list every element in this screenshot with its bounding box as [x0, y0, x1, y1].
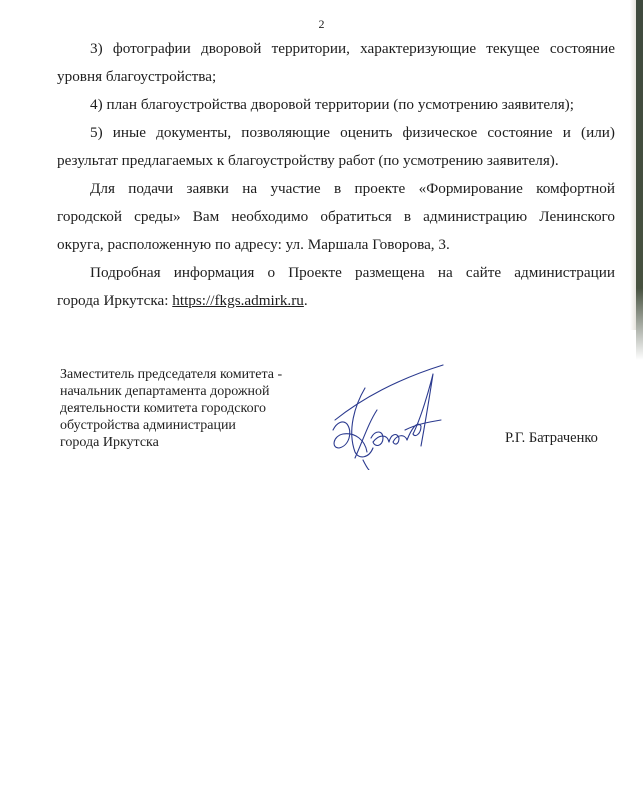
list-item-5: 5) иные документы, позволяющие оценить ф… [57, 119, 615, 175]
text-line: 4) план благоустройства дворовой террито… [57, 91, 615, 119]
list-item-3: 3) фотографии дворовой территории, харак… [57, 35, 615, 91]
scan-edge [636, 0, 643, 360]
text-line-with-link: города Иркутска: https://fkgs.admirk.ru. [57, 287, 615, 315]
text-line: результат предлагаемых к благоустройству… [57, 147, 615, 175]
text-line: Для подачи заявки на участие в проекте «… [57, 175, 615, 203]
text-line: уровня благоустройства; [57, 63, 615, 91]
text-line: городской среды» Вам необходимо обратить… [57, 203, 615, 231]
website-link[interactable]: https://fkgs.admirk.ru [172, 292, 304, 309]
text-line: Подробная информация о Проекте размещена… [57, 259, 615, 287]
signer-name: Р.Г. Батраченко [505, 430, 598, 447]
handwritten-signature-icon [325, 360, 445, 470]
text-line: 3) фотографии дворовой территории, харак… [57, 35, 615, 63]
signer-title-line: обустройства администрации [60, 417, 320, 434]
list-item-4: 4) план благоустройства дворовой террито… [57, 91, 615, 119]
text-line: 5) иные документы, позволяющие оценить ф… [57, 119, 615, 147]
signer-title-line: Заместитель председателя комитета - [60, 366, 320, 383]
application-paragraph: Для подачи заявки на участие в проекте «… [57, 175, 615, 259]
signer-title: Заместитель председателя комитета - нача… [60, 366, 320, 451]
text-prefix: города Иркутска: [57, 292, 172, 309]
signer-title-line: деятельности комитета городского [60, 400, 320, 417]
signer-title-line: города Иркутска [60, 434, 320, 451]
text-line: округа, расположенную по адресу: ул. Мар… [57, 231, 615, 259]
info-paragraph: Подробная информация о Проекте размещена… [57, 259, 615, 315]
page-number: 2 [0, 17, 643, 32]
text-suffix: . [304, 292, 308, 309]
signer-title-line: начальник департамента дорожной [60, 383, 320, 400]
